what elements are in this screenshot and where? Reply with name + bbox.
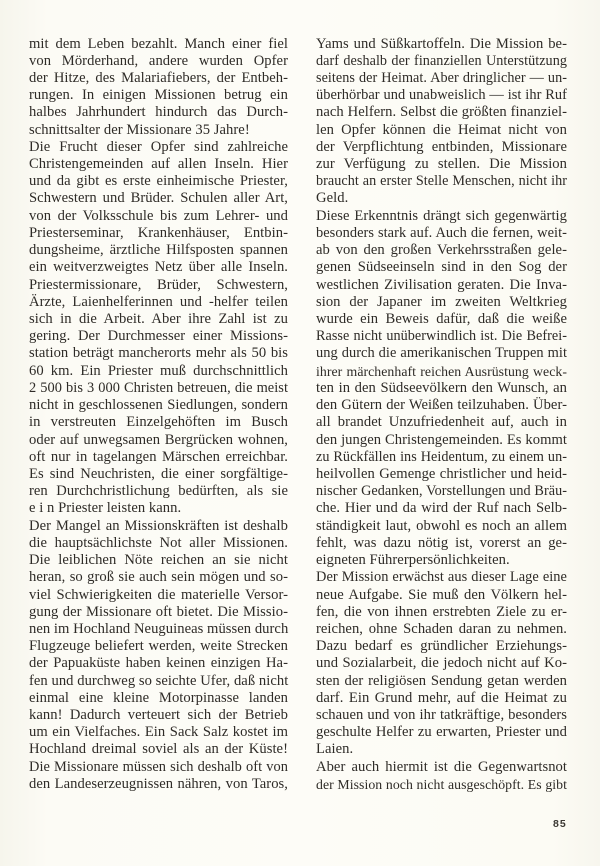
text-line: 2 500 bis 3 000 Christen betreuen, die m…: [29, 380, 288, 397]
text-line: ung durch die amerikanischen Truppen mit: [316, 345, 567, 362]
text-line: genen Südseeinseln sind in den Sog der: [316, 259, 567, 276]
text-line: Die Missionare müssen sich deshalb oft v…: [29, 759, 288, 776]
text-line: nach Helfern. Selbst die größten finanzi…: [316, 104, 567, 121]
text-line: zur Verfügung zu stellen. Die Mission: [316, 156, 567, 173]
text-line: Die Frucht dieser Opfer sind zahlreiche: [29, 139, 288, 156]
text-line: überhörbar und unabweislich — ist ihr Ru…: [316, 87, 567, 104]
text-line: nicht in geschlossenen Siedlungen, sonde…: [29, 397, 288, 414]
text-line: oft nur in tagelangen Märschen erreichba…: [29, 449, 288, 466]
text-line: nen im Hochland Neuguineas müssen durch: [29, 621, 288, 638]
text-line: sich in die Arbeit. Aber ihre Zahl ist z…: [29, 311, 288, 328]
right-text-column: Yams und Süßkartoffeln. Die Mission be-d…: [316, 36, 567, 794]
page-number: 85: [553, 818, 567, 830]
text-line: und da gibt es erste einheimische Priest…: [29, 173, 288, 190]
text-line: neue Aufgabe. Sie muß den Völkern hel-: [316, 587, 567, 604]
text-line: heran, so groß sie auch sein mögen und s…: [29, 569, 288, 586]
text-line: Ärzte, Laienhelferinnen und -helfer teil…: [29, 294, 288, 311]
text-line: von Mörderhand, andere wurden Opfer: [29, 53, 288, 70]
text-line: oder auf unwegsamen Bergrücken wohnen,: [29, 432, 288, 449]
text-line: Diese Erkenntnis drängt sich gegenwärtig: [316, 208, 567, 225]
text-line: dungsheime, ärztliche Hilfsposten spanne…: [29, 242, 288, 259]
text-line: den jungen Christengemeinden. Es kommt: [316, 432, 567, 449]
text-line: ein weitverzweigtes Netz über alle Insel…: [29, 259, 288, 276]
text-line: mit dem Leben bezahlt. Manch einer fiel: [29, 36, 288, 53]
text-line: e i n Priester leisten kann.: [29, 500, 288, 517]
text-line: Yams und Süßkartoffeln. Die Mission be-: [316, 36, 567, 53]
text-line: und Sozialarbeit, die jedoch nicht auf K…: [316, 655, 567, 672]
text-line: kann! Dadurch verteuert sich der Betrieb: [29, 707, 288, 724]
text-line: besonders stark auf. Auch die fernen, we…: [316, 225, 567, 242]
book-page: mit dem Leben bezahlt. Manch einer fielv…: [0, 0, 600, 866]
text-line: Dazu bedarf es gründlicher Erziehungs-: [316, 638, 567, 655]
text-line: darf. Ein Grund mehr, auf die Heimat zu: [316, 690, 567, 707]
text-line: Schwestern und Brüder. Schulen aller Art…: [29, 190, 288, 207]
text-line: seitens der Heimat. Aber dringlicher — u…: [316, 70, 567, 87]
text-line: halbes Jahrhundert hindurch das Durch-: [29, 104, 288, 121]
text-line: fen und durchweg so seichte Ufer, daß ni…: [29, 673, 288, 690]
text-line: gung der Missionare oft bietet. Die Miss…: [29, 604, 288, 621]
text-line: westlichen Zivilisation geraten. Die Inv…: [316, 277, 567, 294]
text-line: sten der religiösen Sendung getan werden: [316, 673, 567, 690]
text-line: fehlt, was dazu nötig ist, vorerst an ge…: [316, 535, 567, 552]
text-line: Laien.: [316, 741, 567, 758]
text-line: Geld.: [316, 190, 567, 207]
text-line: von der Volksschule bis zum Lehrer- und: [29, 208, 288, 225]
text-line: heilvollen Gemenge christlicher und heid…: [316, 466, 567, 483]
text-line: einmal eine kleine Motorpinasse landen: [29, 690, 288, 707]
text-line: schnittsalter der Missionare 35 Jahre!: [29, 122, 288, 139]
text-line: eigneten Führerpersönlichkeiten.: [316, 552, 567, 569]
text-line: ren Durchchristlichung bedürften, als si…: [29, 483, 288, 500]
text-line: all brandet Unzufriedenheit auf, auch in: [316, 414, 567, 431]
text-line: gering. Der Durchmesser einer Missions-: [29, 328, 288, 345]
text-line: wurde ein Beweis dafür, daß die weiße: [316, 311, 567, 328]
text-line: Christengemeinden auf allen Inseln. Hier: [29, 156, 288, 173]
text-line: reichen, ohne Schaden daran zu nehmen.: [316, 621, 567, 638]
left-text-column: mit dem Leben bezahlt. Manch einer fielv…: [29, 36, 288, 794]
text-line: darf deshalb der finanziellen Unterstütz…: [316, 53, 567, 70]
text-line: der Verpflichtung entbinden, Missionare: [316, 139, 567, 156]
text-line: station beträgt mancherorts mehr als 50 …: [29, 345, 288, 362]
text-line: der Papuaküste haben keinen einzigen Ha-: [29, 655, 288, 672]
text-line: nischer Gedanken, Vorstellungen und Bräu…: [316, 483, 567, 500]
text-line: Priestermissionare, Brüder, Schwestern,: [29, 277, 288, 294]
text-line: len Opfer können die Heimat nicht von: [316, 122, 567, 139]
text-line: um ein Vielfaches. Ein Sack Salz kostet …: [29, 724, 288, 741]
text-line: Es sind Neuchristen, die einer sorgfälti…: [29, 466, 288, 483]
text-line: Hochland dreimal soviel als an der Küste…: [29, 741, 288, 758]
text-line: Die leiblichen Nöte reichen an sie nicht: [29, 552, 288, 569]
text-line: braucht an erster Stelle Menschen, nicht…: [316, 173, 567, 190]
text-line: den Gütern der Weißen teilzuhaben. Über-: [316, 397, 567, 414]
text-line: Rasse nicht unüberwindlich ist. Die Befr…: [316, 328, 567, 345]
text-line: in verstreuten Einzelgehöften im Busch: [29, 414, 288, 431]
text-line: Priesterseminar, Krankenhäuser, Entbin-: [29, 225, 288, 242]
text-line: geschulte Helfer zu erwarten, Priester u…: [316, 724, 567, 741]
text-line: schauen und von ihr tatkräftige, besonde…: [316, 707, 567, 724]
text-line: rungen. In einigen Missionen betrug ein: [29, 87, 288, 104]
text-line: sion der Japaner im zweiten Weltkrieg: [316, 294, 567, 311]
text-line: Flugzeuge beliefert werden, weite Streck…: [29, 638, 288, 655]
text-line: viel Schwierigkeiten die materielle Vers…: [29, 587, 288, 604]
text-line: ihrer märchenhaft reichen Ausrüstung wec…: [316, 363, 567, 380]
text-line: zu Rückfällen ins Heidentum, zu einem un…: [316, 449, 567, 466]
text-line: ständigkeit laut, obwohl es noch an alle…: [316, 518, 567, 535]
text-line: fen, die von ihnen erstrebten Ziele zu e…: [316, 604, 567, 621]
text-line: die hauptsächlichste Not aller Missionen…: [29, 535, 288, 552]
text-line: che. Hier und da wird der Ruf nach Selb-: [316, 500, 567, 517]
text-line: Aber auch hiermit ist die Gegenwartsnot: [316, 759, 567, 776]
text-line: ten in den Südseevölkern den Wunsch, an: [316, 380, 567, 397]
text-line: Der Mangel an Missionskräften ist deshal…: [29, 518, 288, 535]
text-line: 60 km. Ein Priester muß durchschnittlich: [29, 363, 288, 380]
text-line: Der Mission erwächst aus dieser Lage ein…: [316, 569, 567, 586]
text-line: der Mission noch nicht ausgeschöpft. Es …: [316, 776, 567, 793]
text-line: der Hitze, des Malariafiebers, der Entbe…: [29, 70, 288, 87]
text-line: ab von den großen Verkehrsstraßen gele-: [316, 242, 567, 259]
text-line: den Landeserzeugnissen nähren, von Taros…: [29, 776, 288, 793]
